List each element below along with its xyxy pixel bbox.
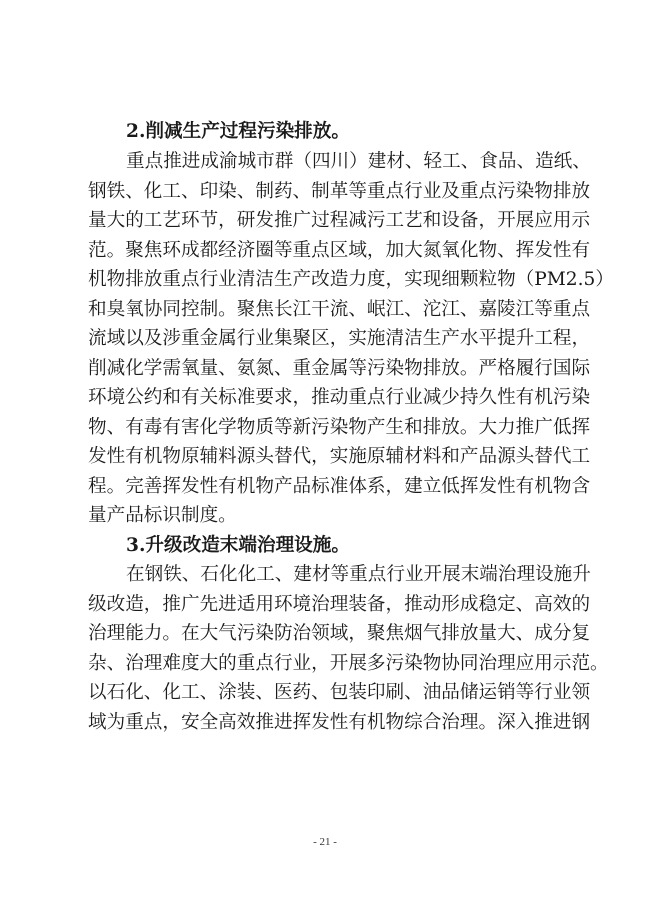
paragraph-line: 量大的工艺环节，研发推广过程减污工艺和设备，开展应用示 — [88, 206, 564, 236]
section-heading-2: 2.削减生产过程污染排放。 — [126, 117, 564, 147]
section-heading-3: 3.升级改造末端治理设施。 — [126, 531, 564, 561]
paragraph-line: 发性有机物原辅料源头替代，实施原辅材料和产品源头替代工 — [88, 442, 564, 472]
document-page: 2.削减生产过程污染排放。 重点推进成渝城市群（四川）建材、轻工、食品、造纸、 … — [0, 0, 650, 919]
paragraph-line: 流域以及涉重金属行业集聚区，实施清洁生产水平提升工程， — [88, 324, 564, 354]
paragraph-line: 物、有毒有害化学物质等新污染物产生和排放。大力推广低挥 — [88, 413, 564, 443]
paragraph-line: 以石化、化工、涂装、医药、包装印刷、油品储运销等行业领 — [88, 678, 564, 708]
paragraph-line: 机物排放重点行业清洁生产改造力度，实现细颗粒物（PM2.5） — [88, 265, 564, 295]
paragraph-line: 和臭氧协同控制。聚焦长江干流、岷江、沱江、嘉陵江等重点 — [88, 295, 564, 325]
paragraph-line: 治理能力。在大气污染防治领域，聚焦烟气排放量大、成分复 — [88, 619, 564, 649]
paragraph-line: 杂、治理难度大的重点行业，开展多污染物协同治理应用示范。 — [88, 649, 564, 679]
paragraph-line: 重点推进成渝城市群（四川）建材、轻工、食品、造纸、 — [126, 147, 564, 177]
page-number: - 21 - — [0, 836, 650, 848]
paragraph-line: 钢铁、化工、印染、制药、制革等重点行业及重点污染物排放 — [88, 177, 564, 207]
paragraph-line: 量产品标识制度。 — [88, 501, 564, 531]
paragraph-line: 在钢铁、石化化工、建材等重点行业开展末端治理设施升 — [126, 560, 564, 590]
paragraph-line: 环境公约和有关标准要求，推动重点行业减少持久性有机污染 — [88, 383, 564, 413]
paragraph-line: 程。完善挥发性有机物产品标准体系，建立低挥发性有机物含 — [88, 472, 564, 502]
paragraph-line: 级改造，推广先进适用环境治理装备，推动形成稳定、高效的 — [88, 590, 564, 620]
paragraph-line: 范。聚焦环成都经济圈等重点区域，加大氮氧化物、挥发性有 — [88, 236, 564, 266]
paragraph-line: 削减化学需氧量、氨氮、重金属等污染物排放。严格履行国际 — [88, 354, 564, 384]
paragraph-line: 域为重点，安全高效推进挥发性有机物综合治理。深入推进钢 — [88, 708, 564, 738]
